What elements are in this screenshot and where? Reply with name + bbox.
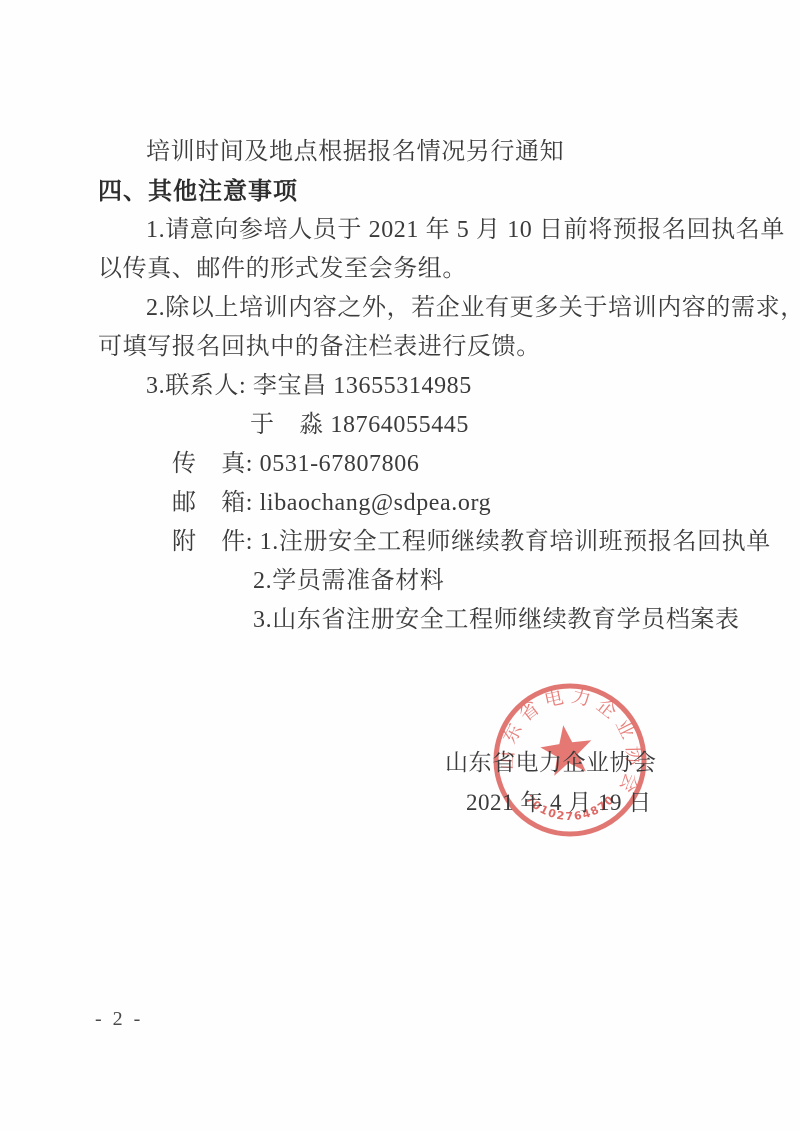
fax-line: 传 真: 0531-67807806: [98, 445, 760, 484]
document-body: 培训时间及地点根据报名情况另行通知 四、其他注意事项 1.请意向参培人员于 20…: [98, 133, 760, 640]
note-item-1-continued: 以传真、邮件的形式发至会务组。: [98, 250, 760, 289]
email-line: 邮 箱: libaochang@sdpea.org: [98, 484, 760, 523]
attachment-item-1: 附 件: 1.注册安全工程师继续教育培训班预报名回执单: [98, 523, 760, 562]
note-item-2: 2.除以上培训内容之外，若企业有更多关于培训内容的需求，: [98, 289, 760, 328]
signature-date: 2021 年 4 月 19 日: [466, 784, 652, 817]
note-item-2-continued: 可填写报名回执中的备注栏表进行反馈。: [98, 328, 760, 367]
note-item-1: 1.请意向参培人员于 2021 年 5 月 10 日前将预报名回执名单: [98, 211, 760, 250]
attachment-item-3: 3.山东省注册安全工程师继续教育学员档案表: [98, 601, 760, 640]
contact-person-2: 于 淼 18764055445: [98, 406, 760, 445]
scanned-document-page: 培训时间及地点根据报名情况另行通知 四、其他注意事项 1.请意向参培人员于 20…: [0, 0, 800, 1131]
signature-organization: 山东省电力企业协会: [445, 744, 657, 777]
line-training-schedule-note: 培训时间及地点根据报名情况另行通知: [98, 133, 760, 172]
page-number: - 2 -: [95, 1008, 143, 1031]
section-heading-other-notes: 四、其他注意事项: [98, 172, 760, 211]
attachment-item-2: 2.学员需准备材料: [98, 562, 760, 601]
contact-person-1: 3.联系人: 李宝昌 13655314985: [98, 367, 760, 406]
